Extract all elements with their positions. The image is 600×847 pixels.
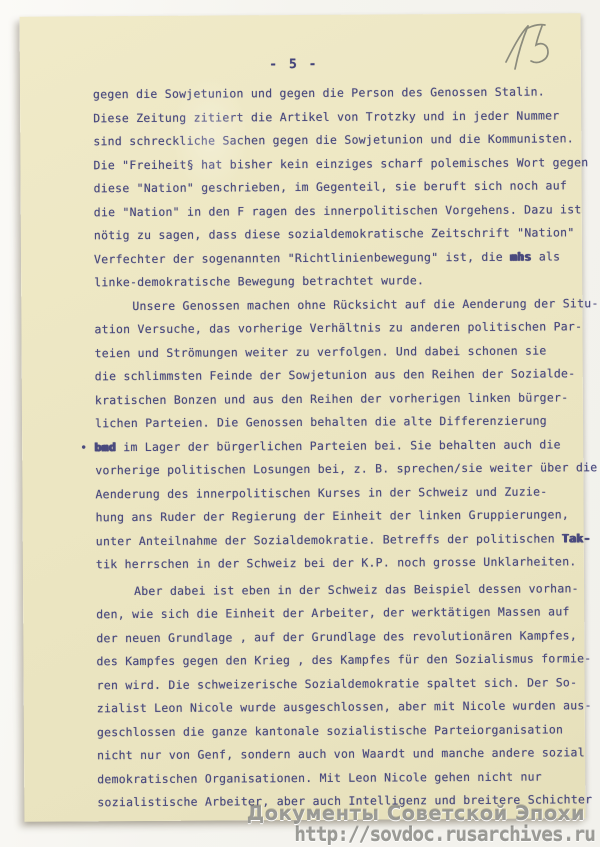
pencil-15-icon — [498, 22, 558, 78]
text-line: Aenderung des innerpolitischen Kurses in… — [95, 480, 575, 506]
text-line: zialist Leon Nicole wurde ausgeschlossen… — [97, 694, 577, 720]
text-line: lichen Parteien. Die Genossen behalten d… — [95, 409, 575, 435]
text-line: ren wird. Die schweizerische Sozialdemok… — [97, 671, 577, 697]
text-line: unter Anteilnahme der Sozialdemokratie. … — [96, 527, 576, 553]
text-line: nicht nur von Genf, sondern auch von Waa… — [97, 741, 577, 767]
text-line: linke-demokratische Bewegung betrachtet … — [94, 268, 574, 294]
text-line: teien und Strömungen weiter zu verfolgen… — [95, 339, 575, 365]
text-line: • bmd im Lager der bürgerlichen Parteien… — [80, 433, 575, 460]
text-line: Aber dabei ist eben in der Schweiz das B… — [96, 577, 576, 603]
text-line: sind schreckliche Sachen gegen die Sowje… — [93, 127, 573, 153]
text-line: gegen die Sowjetunion und gegen die Pers… — [93, 80, 573, 106]
text-line: geschlossen die ganze kantonale sozialis… — [97, 718, 577, 744]
text-line: nötig zu sagen, dass diese sozialdemokra… — [94, 221, 574, 247]
text-line: die "Nation" in den F ragen des innerpol… — [94, 198, 574, 224]
watermark-url: http://sovdoc.rusarchives.ru — [247, 824, 595, 845]
handwritten-page-number — [498, 22, 558, 78]
paragraph-3: Aber dabei ist eben in der Schweiz das B… — [96, 577, 577, 815]
typewritten-text: gegen die Sowjetunion und gegen die Pers… — [93, 80, 577, 814]
text-line: diese "Nation" geschrieben, im Gegenteil… — [94, 174, 574, 200]
overstruck-text: bmd — [94, 440, 116, 454]
paragraph-1: gegen die Sowjetunion und gegen die Pers… — [93, 80, 574, 294]
text-line: vorherige politischen Losungen bei, z. B… — [95, 456, 575, 482]
text-line: die schlimmsten Feinde der Sowjetunion a… — [95, 362, 575, 388]
text-line: der neuen Grundlage , auf der Grundlage … — [96, 624, 576, 650]
text-line: Unsere Genossen machen ohne Rücksicht au… — [94, 292, 574, 318]
text-line: ation Versuche, das vorherige Verhältnis… — [94, 315, 574, 341]
text-line: demokratischen Organisationen. Mit Leon … — [97, 765, 577, 791]
text-line: hung ans Ruder der Regierung der Einheit… — [96, 503, 576, 529]
text-line: des Kampfes gegen den Krieg , des Kampfe… — [96, 647, 576, 673]
paragraph-2: Unsere Genossen machen ohne Rücksicht au… — [94, 292, 576, 577]
document-page: - 5 - gegen die Sowjetunion und gegen di… — [20, 13, 586, 821]
text-line: Die "Freiheit§ hat bisher kein einziges … — [93, 151, 573, 177]
watermark-title: Документы Советской Эпохи — [247, 803, 585, 824]
text-line: Verfechter der sogenannten "Richtlinienb… — [94, 245, 574, 271]
text-line: tik herrschen in der Schweiz bei der K.P… — [96, 550, 576, 576]
text-line: Diese Zeitung zitiert die Artikel von Tr… — [93, 104, 573, 130]
overstruck-text: mhs — [510, 249, 532, 263]
overstruck-text: Tak- — [562, 531, 591, 545]
page-number: - 5 - — [234, 57, 354, 73]
text-line: kratischen Bonzen und aus den Reihen der… — [95, 386, 575, 412]
archive-watermark: Документы Советской Эпохи http://sovdoc.… — [247, 803, 595, 845]
text-line: den, wie sich die Einheit der Arbeiter, … — [96, 600, 576, 626]
